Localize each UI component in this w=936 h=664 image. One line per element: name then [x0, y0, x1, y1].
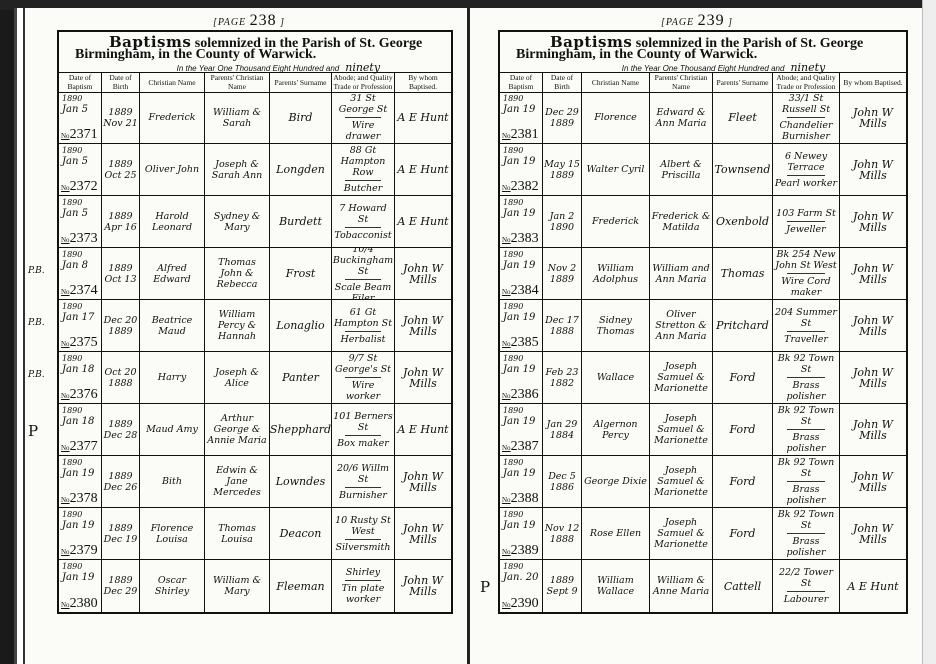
column-header: Parents' Surname [270, 72, 332, 92]
abode: 33/1 St Russell St [774, 93, 838, 115]
baptism-date: Jan 19 [503, 416, 535, 427]
abode: 7 Howard St [333, 203, 393, 225]
baptised-by-cell: John W Mills [395, 508, 451, 559]
birth-date-cell: 1889 Dec 19 [102, 508, 140, 559]
trade: Brass polisher [774, 432, 838, 454]
baptism-date-cell: 1890Jan 19No2379 [59, 508, 102, 559]
baptism-date: Jan 5 [62, 208, 88, 219]
entry-number-prefix: No [61, 496, 70, 504]
baptism-date-cell: 1890Jan 5No2372 [59, 144, 102, 195]
baptism-year: 1890 [503, 197, 523, 208]
entry-number-prefix: No [502, 444, 511, 452]
abode-trade-cell: Bk 254 New John St WestWire Cord maker [773, 248, 840, 299]
surname-cell: Fleet [713, 92, 773, 143]
baptism-date: Jan 19 [503, 468, 535, 479]
abode-divider [345, 279, 381, 280]
trade: Wire Cord maker [774, 276, 838, 298]
trade: Butcher [344, 183, 383, 194]
abode-trade-cell: 9/7 St George's StWire worker [332, 352, 395, 403]
trade: Brass polisher [774, 380, 838, 402]
baptism-date: Jan 19 [62, 468, 94, 479]
baptism-year: 1890 [62, 405, 82, 416]
baptism-year: 1890 [503, 249, 523, 260]
baptism-date-cell: 1890Jan 19No2380 [59, 560, 102, 612]
trade: Brass polisher [774, 484, 838, 506]
entry-number-value: 2375 [70, 335, 98, 350]
abode-divider [787, 429, 825, 430]
abode-trade-cell: 33/1 St Russell StChandelier Burnisher [773, 92, 840, 143]
parents-names-cell: Frederick & Matilda [650, 196, 713, 247]
parents-names-cell: William Percy & Hannah [205, 300, 270, 351]
register-entry: 1890Jan 19No23791889 Dec 19Florence Loui… [59, 508, 451, 560]
register-entry: 1890Jan 19No2381Dec 29 1889FlorenceEdwar… [500, 92, 906, 144]
entry-number: No2377 [61, 441, 98, 454]
baptism-date-cell: 1890Jan 19No2383 [500, 196, 543, 247]
baptism-date: Jan. 20 [503, 572, 539, 583]
entry-number-prefix: No [502, 340, 511, 348]
surname-cell: Frost [270, 248, 332, 299]
abode: 204 Summer St [774, 307, 838, 329]
margin-annotation: P.B. [28, 266, 45, 276]
abode-divider [345, 580, 381, 581]
entry-number-prefix: No [61, 340, 70, 348]
trade: Herbalist [341, 334, 386, 345]
margin-annotation: P [28, 422, 38, 440]
baptism-date: Jan 19 [503, 260, 535, 271]
abode-divider [787, 273, 825, 274]
entry-number-prefix: No [61, 444, 70, 452]
entry-number: No2382 [502, 181, 539, 194]
abode-divider [345, 377, 381, 378]
register-entry: 1890Jan 18No23771889 Dec 28Maud AmyArthu… [59, 404, 451, 456]
christian-name-cell: Rose Ellen [582, 508, 650, 559]
abode: 9/7 St George's St [333, 353, 393, 375]
parents-names-cell: Edwin & Jane Mercedes [205, 456, 270, 507]
register-entry: 1890Jan 18No2376Oct 20 1888HarryJoseph &… [59, 352, 451, 404]
entry-number-value: 2386 [511, 387, 539, 402]
baptism-year: 1890 [62, 249, 82, 260]
register-entry: 1890Jan 19No23781889 Dec 26BithEdwin & J… [59, 456, 451, 508]
abode-divider [787, 175, 825, 176]
baptised-by-cell: A E Hunt [840, 560, 906, 612]
baptism-year: 1890 [503, 561, 523, 572]
christian-name-cell: Maud Amy [140, 404, 205, 455]
christian-name-cell: Florence [582, 92, 650, 143]
birth-date-cell: Feb 23 1882 [543, 352, 582, 403]
entry-number-value: 2381 [511, 127, 539, 142]
entry-number-value: 2374 [70, 283, 98, 298]
parents-names-cell: Joseph & Sarah Ann [205, 144, 270, 195]
baptism-date: Jan 19 [62, 572, 94, 583]
surname-cell: Burdett [270, 196, 332, 247]
abode: 101 Berners St [333, 411, 393, 433]
entry-number: No2386 [502, 389, 539, 402]
abode-divider [345, 227, 381, 228]
entry-number-value: 2377 [70, 439, 98, 454]
baptism-date-cell: 1890Jan 19No2387 [500, 404, 543, 455]
trade: Box maker [337, 438, 389, 449]
abode-trade-cell: 31 St George StWire drawer [332, 92, 395, 143]
entry-number-prefix: No [61, 132, 70, 140]
trade: Chandelier Burnisher [774, 120, 838, 142]
column-header: Date of Birth [102, 72, 140, 92]
entry-number: No2390 [502, 598, 539, 611]
entry-number: No2371 [61, 129, 98, 142]
parents-names-cell: William & Mary [205, 560, 270, 612]
birth-date-cell: Jan 2 1890 [543, 196, 582, 247]
surname-cell: Cattell [713, 560, 773, 612]
trade: Pearl worker [775, 178, 837, 189]
baptism-date: Jan 19 [503, 520, 535, 531]
birth-date-cell: 1889 Apr 16 [102, 196, 140, 247]
column-header: By whom Baptised. [395, 72, 451, 92]
baptised-by-cell: A E Hunt [395, 92, 451, 143]
christian-name-cell: Walter Cyril [582, 144, 650, 195]
entry-number-prefix: No [502, 288, 511, 296]
trade: Wire worker [333, 380, 393, 402]
baptised-by-cell: John W Mills [395, 300, 451, 351]
abode-trade-cell: 22/2 Tower StLabourer [773, 560, 840, 612]
parents-names-cell: Arthur George & Annie Maria [205, 404, 270, 455]
parents-names-cell: Joseph & Alice [205, 352, 270, 403]
abode: 20/6 Willm St [333, 463, 393, 485]
entry-number-prefix: No [61, 601, 70, 609]
birth-date-cell: May 15 1889 [543, 144, 582, 195]
abode: 61 Gt Hampton St [333, 307, 393, 329]
parents-names-cell: William & Sarah [205, 92, 270, 143]
entry-number-value: 2379 [70, 543, 98, 558]
baptised-by-cell: John W Mills [840, 300, 906, 351]
surname-cell: Fleeman [270, 560, 332, 612]
christian-name-cell: Frederick [582, 196, 650, 247]
entry-number: No2387 [502, 441, 539, 454]
abode: 10 Rusty St West [333, 515, 393, 537]
baptised-by-cell: A E Hunt [395, 404, 451, 455]
baptism-year: 1890 [503, 93, 523, 104]
parents-names-cell: Oliver Stretton & Ann Maria [650, 300, 713, 351]
abode: 31 St George St [333, 93, 393, 115]
baptised-by-cell: John W Mills [840, 508, 906, 559]
christian-name-cell: Algernon Percy [582, 404, 650, 455]
register-entry: 1890Jan 19No2382May 15 1889Walter CyrilA… [500, 144, 906, 196]
abode-divider [345, 435, 381, 436]
baptism-date-cell: 1890Jan 17No2375 [59, 300, 102, 351]
entry-number-prefix: No [502, 132, 511, 140]
register-title-block: Baptisms solemnized in the Parish of St.… [59, 32, 451, 73]
entry-number-value: 2388 [511, 491, 539, 506]
margin-annotation: P [480, 578, 490, 596]
abode-trade-cell: Bk 92 Town StBrass polisher [773, 404, 840, 455]
column-header: Christian Name [582, 72, 650, 92]
entry-number-value: 2371 [70, 127, 98, 142]
baptism-year: 1890 [62, 353, 82, 364]
column-header: Parents' Surname [713, 72, 773, 92]
entry-number-value: 2387 [511, 439, 539, 454]
entry-number-prefix: No [502, 392, 511, 400]
christian-name-cell: Oliver John [140, 144, 205, 195]
register-entry: 1890Jan 19No2383Jan 2 1890FrederickFrede… [500, 196, 906, 248]
surname-cell: Ford [713, 456, 773, 507]
parents-names-cell: Edward & Ann Maria [650, 92, 713, 143]
trade: Tin plate worker [333, 583, 393, 605]
parents-names-cell: Joseph Samuel & Marionette [650, 352, 713, 403]
baptism-date-cell: 1890Jan 19No2389 [500, 508, 543, 559]
birth-date-cell: Jan 29 1884 [543, 404, 582, 455]
page-label: [PAGE [661, 17, 698, 28]
scan-right-edge [922, 0, 936, 664]
page-bracket: ] [277, 17, 285, 28]
birth-date-cell: Dec 29 1889 [543, 92, 582, 143]
entry-number-value: 2383 [511, 231, 539, 246]
parents-names-cell: Thomas John & Rebecca [205, 248, 270, 299]
register-entry: 1890Jan 19No2384Nov 2 1889William Adolph… [500, 248, 906, 300]
birth-date-cell: Oct 20 1888 [102, 352, 140, 403]
baptism-year: 1890 [62, 509, 82, 520]
entry-number-value: 2384 [511, 283, 539, 298]
register-table: Baptisms solemnized in the Parish of St.… [498, 30, 908, 614]
abode-trade-cell: ShirleyTin plate worker [332, 560, 395, 612]
baptism-date-cell: 1890Jan 19No2385 [500, 300, 543, 351]
abode-divider [787, 481, 825, 482]
birth-date-cell: Dec 17 1888 [543, 300, 582, 351]
entry-number: No2381 [502, 129, 539, 142]
entry-number-value: 2389 [511, 543, 539, 558]
baptism-date-cell: 1890Jan 18No2376 [59, 352, 102, 403]
trade: Wire drawer [333, 120, 393, 142]
column-header: Parents' Christian Name [650, 72, 713, 92]
parents-names-cell: William & Anne Maria [650, 560, 713, 612]
entry-number: No2380 [61, 598, 98, 611]
abode: Bk 92 Town St [774, 405, 838, 427]
surname-cell: Shepphard [270, 404, 332, 455]
entry-number: No2376 [61, 389, 98, 402]
baptised-by-cell: John W Mills [840, 456, 906, 507]
entry-number: No2379 [61, 545, 98, 558]
christian-name-cell: Harry [140, 352, 205, 403]
baptism-date: Jan 19 [503, 312, 535, 323]
register-entry: 1890Jan 5No23731889 Apr 16Harold Leonard… [59, 196, 451, 248]
surname-cell: Ford [713, 508, 773, 559]
baptism-date-cell: 1890Jan 19No2384 [500, 248, 543, 299]
christian-name-cell: Oscar Shirley [140, 560, 205, 612]
birth-date-cell: Nov 2 1889 [543, 248, 582, 299]
column-header: Parents' Christian Name [205, 72, 270, 92]
entry-number-value: 2382 [511, 179, 539, 194]
entry-number-prefix: No [61, 184, 70, 192]
baptism-date: Jan 19 [503, 364, 535, 375]
trade: Brass polisher [774, 536, 838, 558]
abode-divider [345, 180, 381, 181]
register-entry: 1890Jan 5No23711889 Nov 21FrederickWilli… [59, 92, 451, 144]
baptised-by-cell: John W Mills [395, 352, 451, 403]
abode: Bk 92 Town St [774, 353, 838, 375]
entry-number-prefix: No [502, 184, 511, 192]
christian-name-cell: Sidney Thomas [582, 300, 650, 351]
baptism-date-cell: 1890Jan 19No2388 [500, 456, 543, 507]
abode-trade-cell: 10/4 Buckingham StScale Beam Filer [332, 248, 395, 299]
abode-trade-cell: 7 Howard StTobacconist [332, 196, 395, 247]
abode-trade-cell: 88 Gt Hampton RowButcher [332, 144, 395, 195]
baptism-date: Jan 17 [62, 312, 94, 323]
surname-cell: Ford [713, 352, 773, 403]
baptism-year: 1890 [503, 301, 523, 312]
parents-names-cell: Sydney & Mary [205, 196, 270, 247]
abode-divider [345, 487, 381, 488]
entry-number-prefix: No [502, 601, 511, 609]
baptised-by-cell: John W Mills [840, 248, 906, 299]
trade: Burnisher [339, 490, 387, 501]
surname-cell: Longden [270, 144, 332, 195]
abode-trade-cell: Bk 92 Town StBrass polisher [773, 456, 840, 507]
surname-cell: Thomas [713, 248, 773, 299]
page-number-value: 239 [698, 12, 725, 29]
entry-number-value: 2390 [511, 596, 539, 611]
register-entry: 1890Jan 19No23801889 Dec 29Oscar Shirley… [59, 560, 451, 612]
abode-divider [787, 221, 825, 222]
register-entry: 1890Jan 8No23741889 Oct 13Alfred EdwardT… [59, 248, 451, 300]
abode: Bk 92 Town St [774, 457, 838, 479]
column-header-row: Date of BaptismDate of BirthChristian Na… [500, 72, 906, 93]
baptism-year: 1890 [503, 145, 523, 156]
baptism-date: Jan 19 [503, 104, 535, 115]
parents-names-cell: Thomas Louisa [205, 508, 270, 559]
entry-number: No2385 [502, 337, 539, 350]
entry-number-prefix: No [502, 548, 511, 556]
christian-name-cell: William Wallace [582, 560, 650, 612]
entry-number: No2374 [61, 285, 98, 298]
birth-date-cell: 1889 Oct 13 [102, 248, 140, 299]
baptised-by-cell: A E Hunt [395, 196, 451, 247]
page-number-value: 238 [250, 12, 277, 29]
entry-number: No2389 [502, 545, 539, 558]
baptism-date: Jan 19 [503, 156, 535, 167]
entry-number-value: 2373 [70, 231, 98, 246]
baptised-by-cell: John W Mills [840, 144, 906, 195]
entry-number-value: 2378 [70, 491, 98, 506]
trade: Traveller [784, 334, 828, 345]
baptism-year: 1890 [62, 561, 82, 572]
entry-number: No2383 [502, 233, 539, 246]
entry-number: No2388 [502, 493, 539, 506]
baptised-by-cell: John W Mills [395, 248, 451, 299]
baptism-year: 1890 [62, 197, 82, 208]
abode: Bk 254 New John St West [774, 249, 838, 271]
margin-annotation: P.B. [28, 370, 45, 380]
baptism-year: 1890 [503, 353, 523, 364]
column-header: Date of Birth [543, 72, 582, 92]
abode: 6 Newey Terrace [774, 151, 838, 173]
abode: 22/2 Tower St [774, 567, 838, 589]
baptism-date: Jan 19 [62, 520, 94, 531]
baptised-by-cell: John W Mills [840, 196, 906, 247]
entry-number-value: 2380 [70, 596, 98, 611]
trade: Jeweller [786, 224, 825, 235]
register-title-block: Baptisms solemnized in the Parish of St.… [500, 32, 906, 73]
abode-trade-cell: Bk 92 Town StBrass polisher [773, 508, 840, 559]
surname-cell: Pritchard [713, 300, 773, 351]
entry-number: No2372 [61, 181, 98, 194]
surname-cell: Bird [270, 92, 332, 143]
baptism-year: 1890 [503, 509, 523, 520]
baptism-date: Jan 5 [62, 156, 88, 167]
abode: 88 Gt Hampton Row [333, 145, 393, 178]
surname-cell: Townsend [713, 144, 773, 195]
entry-number-prefix: No [502, 496, 511, 504]
margin-annotation: P.B. [28, 318, 45, 328]
entry-number: No2373 [61, 233, 98, 246]
baptised-by-cell: John W Mills [840, 352, 906, 403]
baptism-date-cell: 1890Jan 19No2378 [59, 456, 102, 507]
column-header: Christian Name [140, 72, 205, 92]
abode-trade-cell: Bk 92 Town StBrass polisher [773, 352, 840, 403]
abode: Shirley [346, 567, 380, 578]
baptism-date: Jan 18 [62, 416, 94, 427]
abode-divider [787, 117, 825, 118]
baptised-by-cell: John W Mills [840, 404, 906, 455]
entry-number-prefix: No [502, 236, 511, 244]
abode-divider [787, 331, 825, 332]
entry-number-prefix: No [61, 288, 70, 296]
entry-number-prefix: No [61, 548, 70, 556]
birth-date-cell: 1889 Sept 9 [543, 560, 582, 612]
column-header-row: Date of BaptismDate of BirthChristian Na… [59, 72, 451, 93]
birth-date-cell: Dec 20 1889 [102, 300, 140, 351]
christian-name-cell: Florence Louisa [140, 508, 205, 559]
surname-cell: Deacon [270, 508, 332, 559]
baptism-date: Jan 18 [62, 364, 94, 375]
christian-name-cell: George Dixie [582, 456, 650, 507]
register-entry: 1890Jan 19No2385Dec 17 1888Sidney Thomas… [500, 300, 906, 352]
baptism-year: 1890 [62, 457, 82, 468]
baptised-by-cell: A E Hunt [395, 144, 451, 195]
abode: 103 Farm St [776, 208, 836, 219]
register-entry: 1890Jan 19No2386Feb 23 1882WallaceJoseph… [500, 352, 906, 404]
baptism-year: 1890 [62, 301, 82, 312]
entry-number-value: 2372 [70, 179, 98, 194]
parents-names-cell: William and Ann Maria [650, 248, 713, 299]
birth-date-cell: 1889 Dec 28 [102, 404, 140, 455]
baptism-date-cell: 1890Jan 18No2377 [59, 404, 102, 455]
abode-trade-cell: 204 Summer StTraveller [773, 300, 840, 351]
christian-name-cell: Alfred Edward [140, 248, 205, 299]
register-entry: 1890Jan. 20No23901889 Sept 9William Wall… [500, 560, 906, 612]
surname-cell: Panter [270, 352, 332, 403]
register-entry: 1890Jan 19No2389Nov 12 1888Rose EllenJos… [500, 508, 906, 560]
column-header: Date of Baptism [500, 72, 543, 92]
baptised-by-cell: John W Mills [395, 560, 451, 612]
baptism-date: Jan 8 [62, 260, 88, 271]
baptism-year: 1890 [503, 405, 523, 416]
entry-number-prefix: No [61, 392, 70, 400]
surname-cell: Oxenbold [713, 196, 773, 247]
baptism-date-cell: 1890Jan 5No2373 [59, 196, 102, 247]
birth-date-cell: Dec 5 1886 [543, 456, 582, 507]
register-entry: 1890Jan 17No2375Dec 20 1889Beatrice Maud… [59, 300, 451, 352]
trade: Tobacconist [334, 230, 391, 241]
christian-name-cell: William Adolphus [582, 248, 650, 299]
abode-divider [787, 533, 825, 534]
birth-date-cell: 1889 Oct 25 [102, 144, 140, 195]
page-number: [PAGE 239 ] [661, 12, 733, 30]
trade: Scale Beam Filer [333, 282, 393, 300]
register-table: Baptisms solemnized in the Parish of St.… [57, 30, 453, 614]
christian-name-cell: Beatrice Maud [140, 300, 205, 351]
abode: Bk 92 Town St [774, 509, 838, 531]
birth-date-cell: Nov 12 1888 [543, 508, 582, 559]
baptism-date-cell: 1890Jan 8No2374 [59, 248, 102, 299]
surname-cell: Ford [713, 404, 773, 455]
entry-number: No2378 [61, 493, 98, 506]
